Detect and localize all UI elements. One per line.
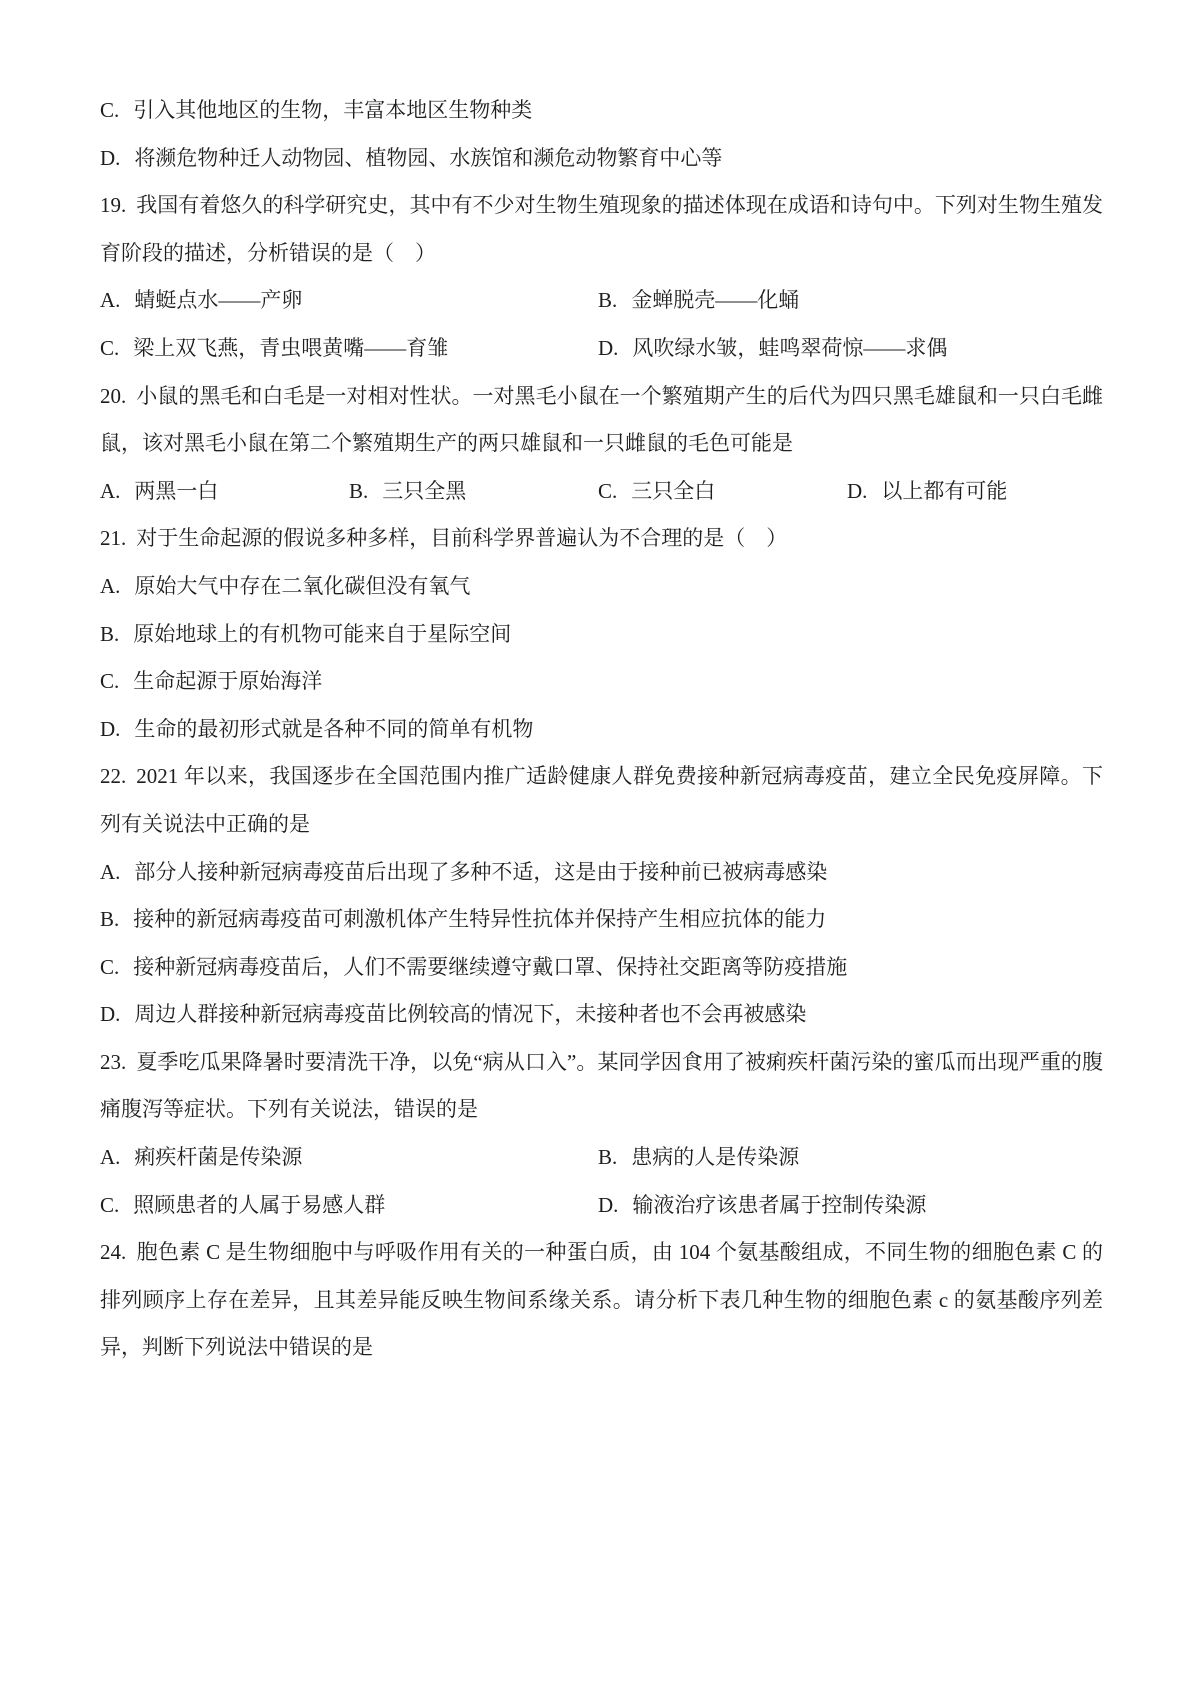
option-label: A. (100, 468, 120, 516)
question-18-option-row-c: C. 引入其他地区的生物，丰富本地区生物种类 (100, 87, 1103, 135)
option-label: C. (100, 1182, 119, 1230)
option-label: D. (847, 468, 867, 516)
option-label: B. (349, 468, 368, 516)
option-label: A. (100, 849, 120, 897)
question-20-option-row: A. 两黑一白 B. 三只全黑 C. 三只全白 D. 以上都有可能 (100, 468, 1103, 516)
option-a: A. 原始大气中存在二氧化碳但没有氧气 (100, 563, 1103, 611)
question-23-option-row-ab: A. 痢疾杆菌是传染源 B. 患病的人是传染源 (100, 1134, 1103, 1182)
question-24-stem: 24.胞色素 C 是生物细胞中与呼吸作用有关的一种蛋白质，由 104 个氨基酸组… (100, 1229, 1103, 1372)
option-label: B. (100, 611, 119, 659)
question-22-option-row-c: C. 接种新冠病毒疫苗后，人们不需要继续遵守戴口罩、保持社交距离等防疫措施 (100, 944, 1103, 992)
option-label: C. (598, 468, 617, 516)
question-22-option-row-b: B. 接种的新冠病毒疫苗可刺激机体产生特异性抗体并保持产生相应抗体的能力 (100, 896, 1103, 944)
option-label: C. (100, 87, 119, 135)
option-label: B. (598, 1134, 617, 1182)
question-20-stem: 20.小鼠的黑毛和白毛是一对相对性状。一对黑毛小鼠在一个繁殖期产生的后代为四只黑… (100, 373, 1103, 468)
option-d: D. 风吹绿水皱，蛙鸣翠荷惊——求偶 (598, 325, 1103, 373)
option-text: 部分人接种新冠病毒疫苗后出现了多种不适，这是由于接种前已被病毒感染 (134, 849, 827, 897)
question-22-text: 2021 年以来，我国逐步在全国范围内推广适龄健康人群免费接种新冠病毒疫苗，建立… (100, 764, 1103, 836)
option-c: C. 引入其他地区的生物，丰富本地区生物种类 (100, 87, 1103, 135)
question-18-option-row-d: D. 将濒危物种迁人动物园、植物园、水族馆和濒危动物繁育中心等 (100, 135, 1103, 183)
question-19-text: 我国有着悠久的科学研究史，其中有不少对生物生殖现象的描述体现在成语和诗句中。下列… (100, 193, 1103, 265)
question-23-option-row-cd: C. 照顾患者的人属于易感人群 D. 输液治疗该患者属于控制传染源 (100, 1182, 1103, 1230)
option-text: 原始地球上的有机物可能来自于星际空间 (133, 611, 511, 659)
option-text: 周边人群接种新冠病毒疫苗比例较高的情况下，未接种者也不会再被感染 (134, 991, 806, 1039)
option-b: B. 三只全黑 (349, 468, 598, 516)
question-21-number: 21. (100, 526, 126, 550)
question-21-option-row-a: A. 原始大气中存在二氧化碳但没有氧气 (100, 563, 1103, 611)
option-d: D. 生命的最初形式就是各种不同的简单有机物 (100, 706, 1103, 754)
option-text: 两黑一白 (134, 468, 218, 516)
option-label: D. (100, 135, 120, 183)
question-21-stem: 21.对于生命起源的假说多种多样，目前科学界普遍认为不合理的是（ ） (100, 515, 1103, 563)
option-label: A. (100, 1134, 120, 1182)
option-text: 原始大气中存在二氧化碳但没有氧气 (134, 563, 470, 611)
option-b: B. 原始地球上的有机物可能来自于星际空间 (100, 611, 1103, 659)
option-c: C. 生命起源于原始海洋 (100, 658, 1103, 706)
option-c: C. 接种新冠病毒疫苗后，人们不需要继续遵守戴口罩、保持社交距离等防疫措施 (100, 944, 1103, 992)
option-text: 输液治疗该患者属于控制传染源 (632, 1182, 926, 1230)
question-24-text: 胞色素 C 是生物细胞中与呼吸作用有关的一种蛋白质，由 104 个氨基酸组成，不… (100, 1240, 1103, 1359)
option-text: 接种的新冠病毒疫苗可刺激机体产生特异性抗体并保持产生相应抗体的能力 (133, 896, 826, 944)
question-22-option-row-d: D. 周边人群接种新冠病毒疫苗比例较高的情况下，未接种者也不会再被感染 (100, 991, 1103, 1039)
option-text: 接种新冠病毒疫苗后，人们不需要继续遵守戴口罩、保持社交距离等防疫措施 (133, 944, 847, 992)
option-label: D. (598, 325, 618, 373)
question-20-text: 小鼠的黑毛和白毛是一对相对性状。一对黑毛小鼠在一个繁殖期产生的后代为四只黑毛雄鼠… (100, 384, 1103, 456)
question-23-stem: 23.夏季吃瓜果降暑时要清洗干净，以免“病从口入”。某同学因食用了被痢疾杆菌污染… (100, 1039, 1103, 1134)
option-label: D. (100, 991, 120, 1039)
question-21-option-row-b: B. 原始地球上的有机物可能来自于星际空间 (100, 611, 1103, 659)
option-c: C. 梁上双飞燕，青虫喂黄嘴——育雏 (100, 325, 598, 373)
option-text: 患病的人是传染源 (631, 1134, 799, 1182)
option-c: C. 照顾患者的人属于易感人群 (100, 1182, 598, 1230)
question-19-number: 19. (100, 193, 126, 217)
question-22-number: 22. (100, 764, 126, 788)
option-a: A. 部分人接种新冠病毒疫苗后出现了多种不适，这是由于接种前已被病毒感染 (100, 849, 1103, 897)
option-label: C. (100, 944, 119, 992)
question-21-text: 对于生命起源的假说多种多样，目前科学界普遍认为不合理的是（ ） (136, 526, 787, 550)
option-text: 痢疾杆菌是传染源 (134, 1134, 302, 1182)
option-text: 蜻蜓点水——产卵 (134, 277, 302, 325)
option-a: A. 蜻蜓点水——产卵 (100, 277, 598, 325)
question-22-stem: 22.2021 年以来，我国逐步在全国范围内推广适龄健康人群免费接种新冠病毒疫苗… (100, 753, 1103, 848)
question-23-number: 23. (100, 1050, 126, 1074)
option-text: 以上都有可能 (881, 468, 1007, 516)
option-text: 引入其他地区的生物，丰富本地区生物种类 (133, 87, 532, 135)
option-text: 生命的最初形式就是各种不同的简单有机物 (134, 706, 533, 754)
question-24-number: 24. (100, 1240, 126, 1264)
question-19-option-row-ab: A. 蜻蜓点水——产卵 B. 金蝉脱壳——化蛹 (100, 277, 1103, 325)
question-22-option-row-a: A. 部分人接种新冠病毒疫苗后出现了多种不适，这是由于接种前已被病毒感染 (100, 849, 1103, 897)
option-text: 照顾患者的人属于易感人群 (133, 1182, 385, 1230)
option-d: D. 周边人群接种新冠病毒疫苗比例较高的情况下，未接种者也不会再被感染 (100, 991, 1103, 1039)
option-text: 梁上双飞燕，青虫喂黄嘴——育雏 (133, 325, 448, 373)
option-label: B. (598, 277, 617, 325)
option-text: 将濒危物种迁人动物园、植物园、水族馆和濒危动物繁育中心等 (134, 135, 722, 183)
exam-paper-page: C. 引入其他地区的生物，丰富本地区生物种类 D. 将濒危物种迁人动物园、植物园… (0, 0, 1200, 1698)
question-20-number: 20. (100, 384, 126, 408)
option-text: 三只全白 (631, 468, 715, 516)
option-label: D. (100, 706, 120, 754)
question-19-stem: 19.我国有着悠久的科学研究史，其中有不少对生物生殖现象的描述体现在成语和诗句中… (100, 182, 1103, 277)
option-text: 三只全黑 (382, 468, 466, 516)
option-b: B. 患病的人是传染源 (598, 1134, 1103, 1182)
option-label: D. (598, 1182, 618, 1230)
option-a: A. 痢疾杆菌是传染源 (100, 1134, 598, 1182)
exam-content: C. 引入其他地区的生物，丰富本地区生物种类 D. 将濒危物种迁人动物园、植物园… (100, 87, 1103, 1372)
option-label: C. (100, 658, 119, 706)
option-label: A. (100, 563, 120, 611)
option-d: D. 输液治疗该患者属于控制传染源 (598, 1182, 1103, 1230)
option-a: A. 两黑一白 (100, 468, 349, 516)
option-b: B. 接种的新冠病毒疫苗可刺激机体产生特异性抗体并保持产生相应抗体的能力 (100, 896, 1103, 944)
option-label: A. (100, 277, 120, 325)
option-text: 金蝉脱壳——化蛹 (631, 277, 799, 325)
option-text: 生命起源于原始海洋 (133, 658, 322, 706)
question-21-option-row-d: D. 生命的最初形式就是各种不同的简单有机物 (100, 706, 1103, 754)
option-d: D. 以上都有可能 (847, 468, 1103, 516)
option-b: B. 金蝉脱壳——化蛹 (598, 277, 1103, 325)
option-d: D. 将濒危物种迁人动物园、植物园、水族馆和濒危动物繁育中心等 (100, 135, 1103, 183)
option-c: C. 三只全白 (598, 468, 847, 516)
option-label: C. (100, 325, 119, 373)
question-19-option-row-cd: C. 梁上双飞燕，青虫喂黄嘴——育雏 D. 风吹绿水皱，蛙鸣翠荷惊——求偶 (100, 325, 1103, 373)
question-21-option-row-c: C. 生命起源于原始海洋 (100, 658, 1103, 706)
option-text: 风吹绿水皱，蛙鸣翠荷惊——求偶 (632, 325, 947, 373)
option-label: B. (100, 896, 119, 944)
question-23-text: 夏季吃瓜果降暑时要清洗干净，以免“病从口入”。某同学因食用了被痢疾杆菌污染的蜜瓜… (100, 1050, 1103, 1122)
